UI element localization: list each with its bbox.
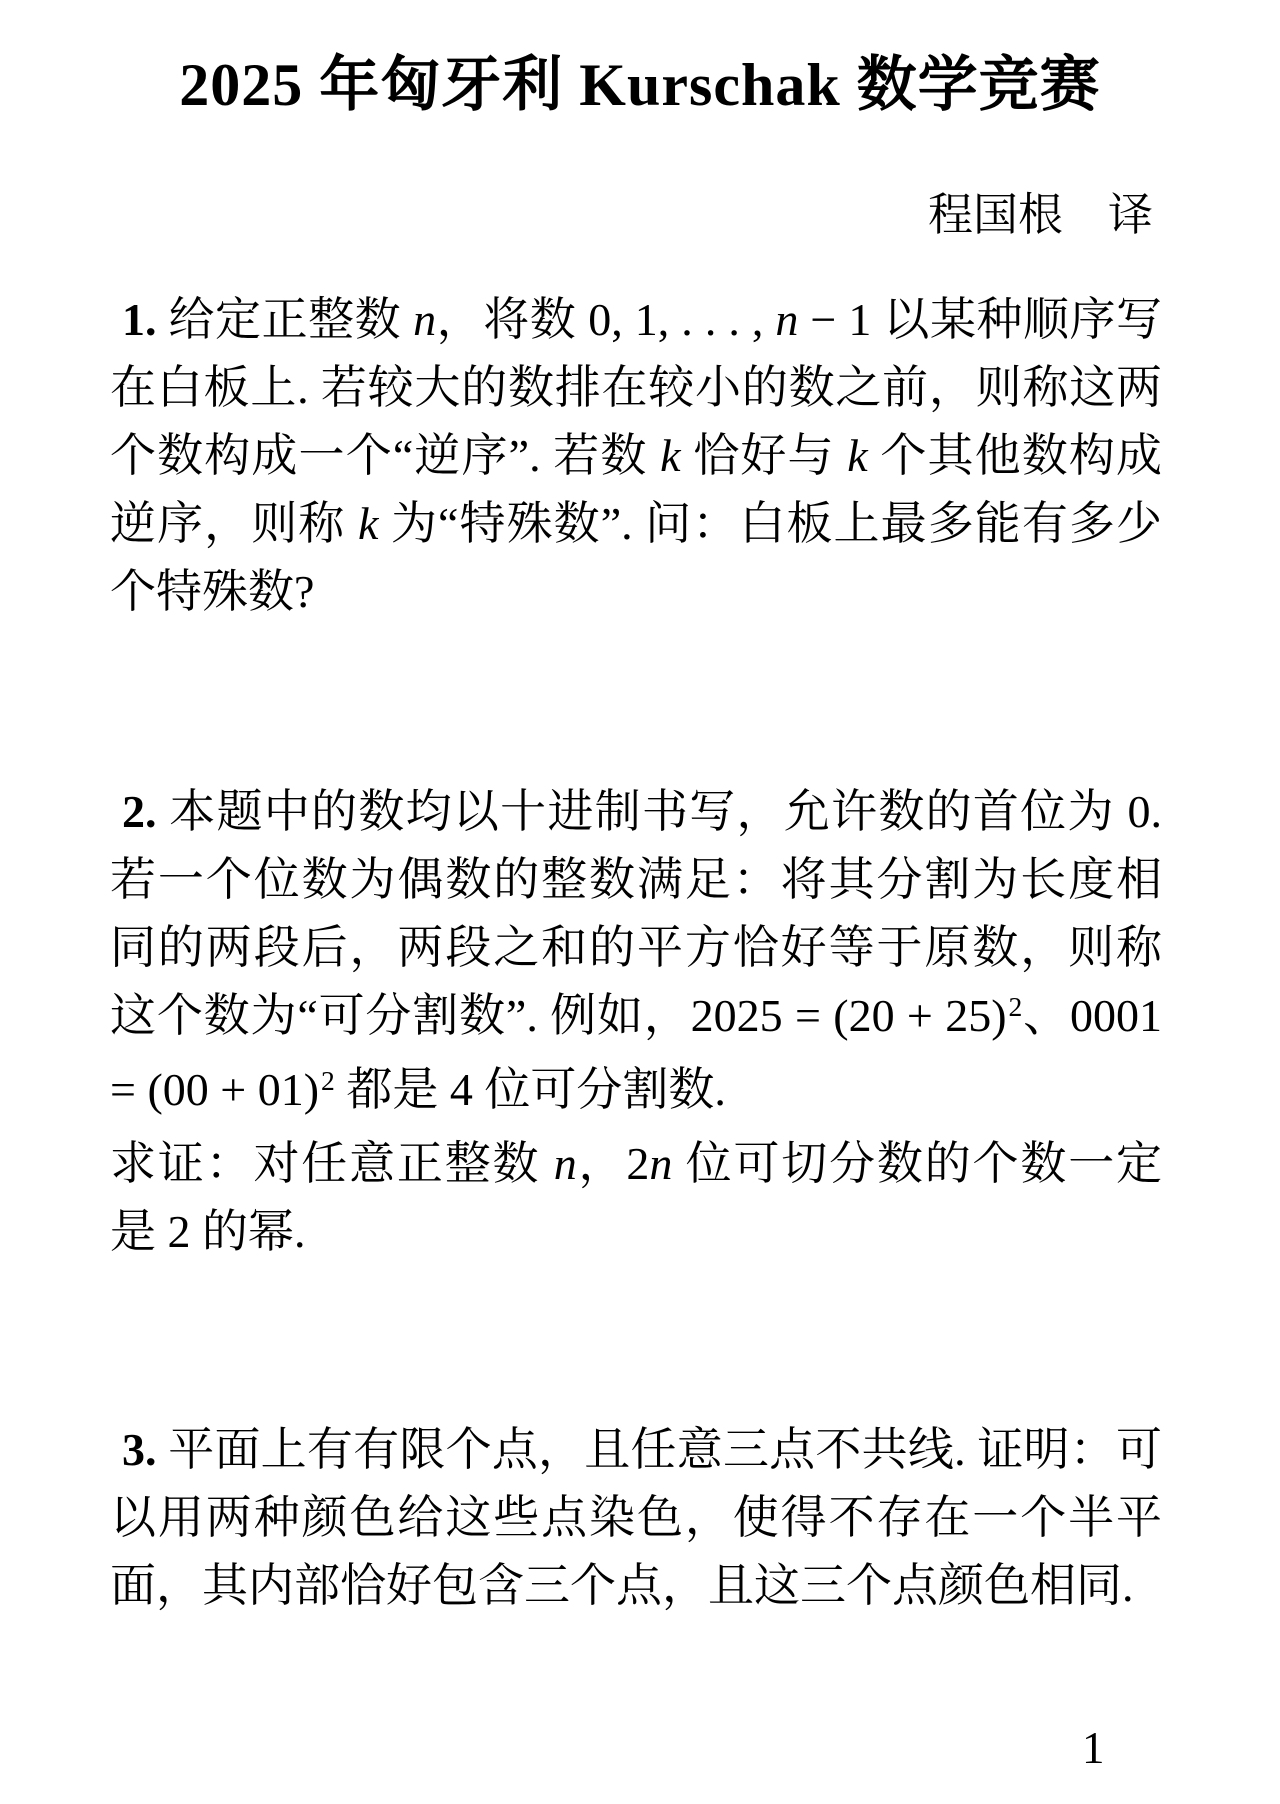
text-segment: 4 [450, 1064, 473, 1115]
text-segment: 求证：对任意正整数 [110, 1138, 554, 1189]
problem-3-statement: 3. 平面上有有限个点，且任意三点不共线. 证明：可以用两种颜色给这些点染色，使… [110, 1416, 1162, 1620]
text-segment: 都是 [335, 1064, 450, 1115]
text-segment: 、 [1022, 990, 1070, 1041]
text-segment: 的幂. [191, 1206, 306, 1257]
text-segment: ， [577, 1138, 627, 1189]
text-segment: 给定正整数 [157, 294, 414, 345]
text-segment: 2025 = (20 + 25) [691, 990, 1007, 1041]
text-segment: 2. [122, 786, 157, 837]
page-number: 1 [1082, 1722, 1105, 1774]
text-segment: 位可分割数. [473, 1064, 726, 1115]
problem-2-statement: 2. 本题中的数均以十进制书写，允许数的首位为 0. 若一个位数为偶数的整数满足… [110, 778, 1162, 1130]
text-segment: k [358, 498, 378, 549]
text-segment: n [554, 1138, 577, 1189]
text-segment: 2 [321, 1065, 335, 1096]
document-title: 2025 年匈牙利 Kurschak 数学竞赛 [0, 0, 1280, 118]
text-segment: − 1 [798, 294, 871, 345]
text-segment: 2 [168, 1206, 191, 1257]
text-segment: 本题中的数均以十进制书写，允许数的首位为 [157, 786, 1128, 837]
text-segment: 0 [1128, 786, 1151, 837]
text-segment: 3. [122, 1424, 157, 1475]
problem-1-statement: 1. 给定正整数 n，将数 0, 1, . . . , n − 1 以某种顺序写… [110, 286, 1162, 626]
text-segment: 2 [626, 1138, 649, 1189]
translator-byline: 程国根 译 [0, 190, 1280, 240]
text-segment: 平面上有有限个点，且任意三点不共线. 证明：可以用两种颜色给这些点染色，使得不存… [110, 1424, 1162, 1611]
problem-2-claim: 求证：对任意正整数 n，2n 位可切分数的个数一定是 2 的幂. [110, 1130, 1162, 1266]
text-segment: k [660, 430, 680, 481]
text-segment: ，将数 [436, 294, 588, 345]
text-segment: 0, 1, . . . , [588, 294, 775, 345]
text-segment: k [847, 430, 867, 481]
text-segment: 恰好与 [681, 430, 848, 481]
text-segment: 2 [1009, 991, 1023, 1022]
text-segment: 1. [122, 294, 157, 345]
text-segment: n [775, 294, 798, 345]
text-segment: n [413, 294, 436, 345]
document-page: 2025 年匈牙利 Kurschak 数学竞赛 程国根 译 1. 给定正整数 n… [0, 0, 1280, 1804]
text-segment: n [649, 1138, 672, 1189]
